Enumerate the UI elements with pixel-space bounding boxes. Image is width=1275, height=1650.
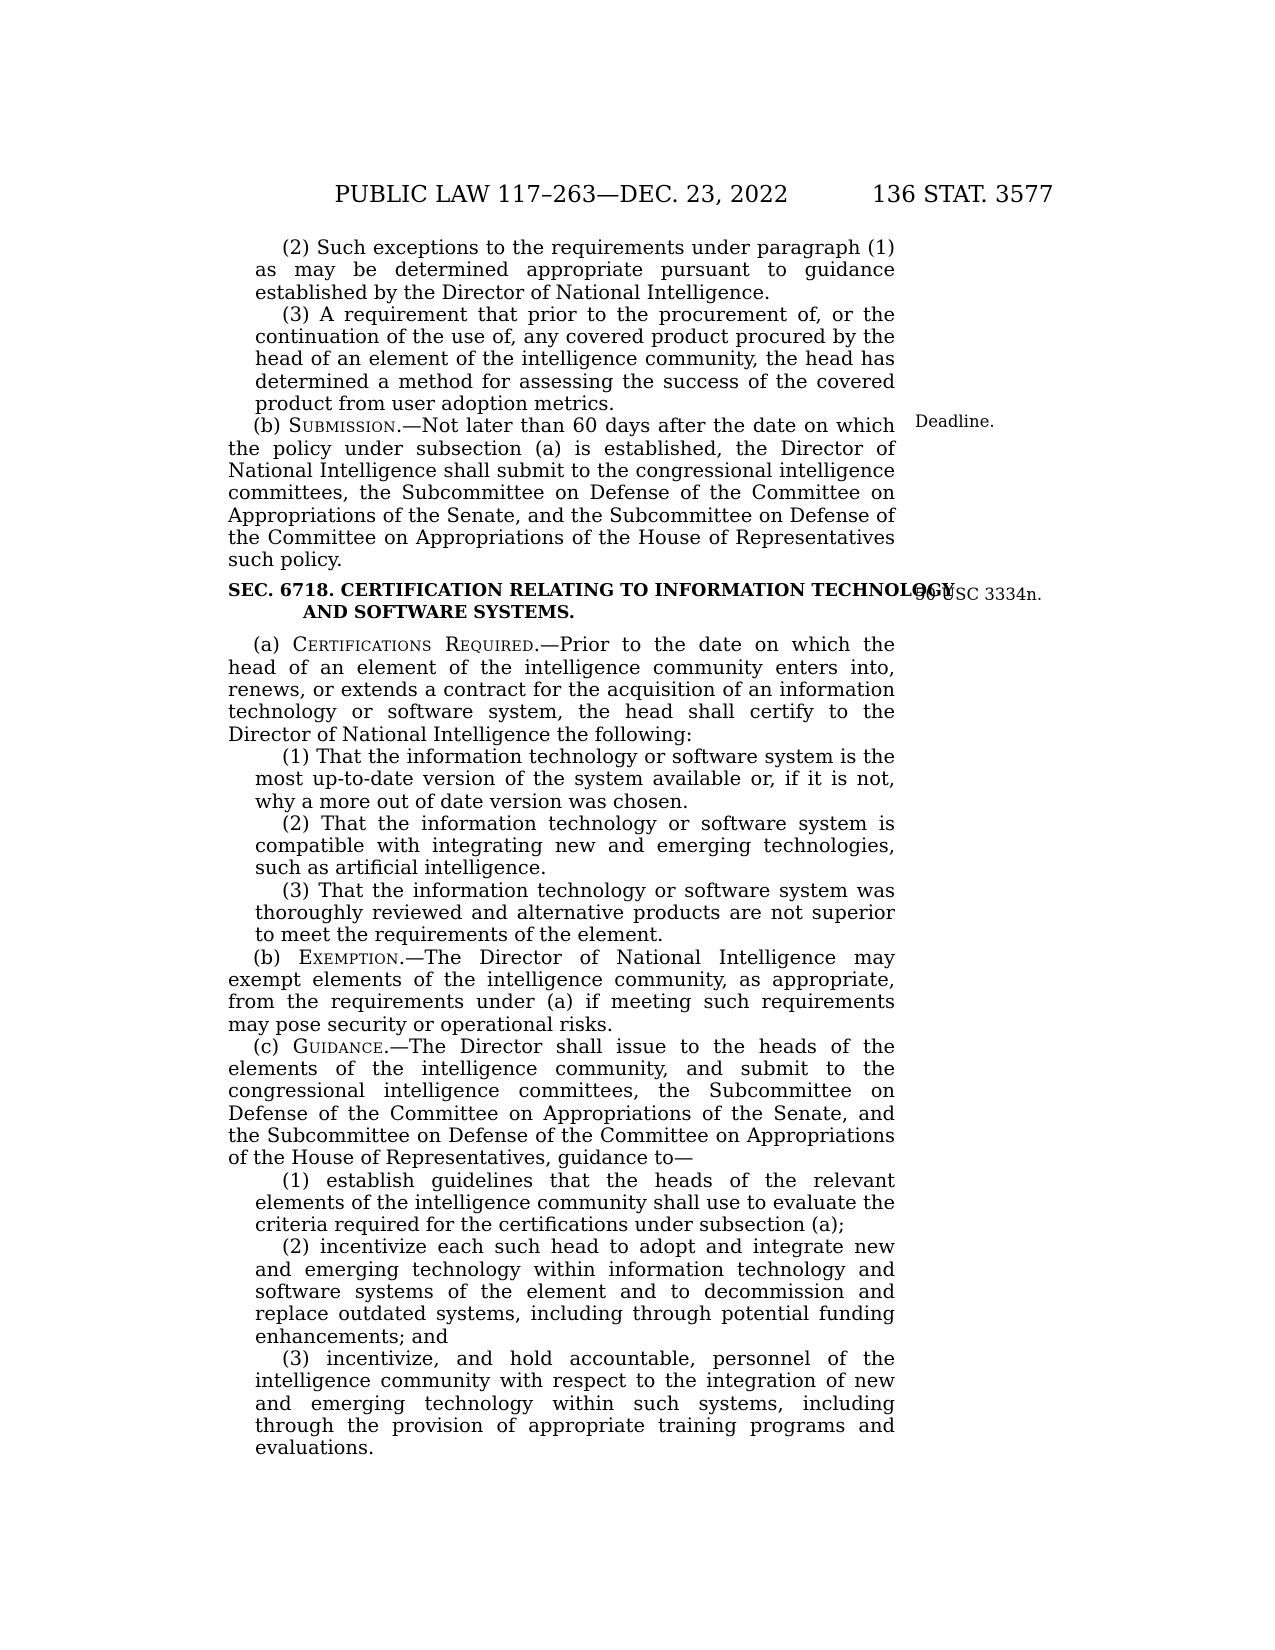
paragraph-text: .—Not later than 60 days after the date … xyxy=(228,414,895,571)
paragraph-text: (3) A requirement that prior to the proc… xyxy=(255,303,895,415)
paragraph-text: (2) That the information technology or s… xyxy=(255,812,895,880)
paragraph-text: (2) Such exceptions to the requirements … xyxy=(255,236,895,304)
paragraph: (1) establish guidelines that the heads … xyxy=(255,1170,895,1237)
paragraph-text: (3) That the information technology or s… xyxy=(255,879,895,947)
paragraph: (2) incentivize each such head to adopt … xyxy=(255,1236,895,1347)
paragraph-text: (1) establish guidelines that the heads … xyxy=(255,1169,895,1237)
paragraph: (b) Exemption.—The Director of National … xyxy=(228,947,895,1036)
paragraph-text: (2) incentivize each such head to adopt … xyxy=(255,1235,895,1347)
paragraph-text: (c) xyxy=(253,1035,293,1058)
paragraph: (a) Certifications Required.—Prior to th… xyxy=(228,634,895,745)
paragraph: (3) A requirement that prior to the proc… xyxy=(255,304,895,415)
paragraph: (2) Such exceptions to the requirements … xyxy=(255,237,895,304)
paragraph-text: (a) xyxy=(253,633,292,656)
header-stat-citation: 136 STAT. 3577 xyxy=(872,182,1034,208)
paragraph: (b) Submission.—Not later than 60 days a… xyxy=(228,415,895,571)
paragraph-smallcaps: Submission xyxy=(288,414,396,437)
paragraph: (1) That the information technology or s… xyxy=(255,746,895,813)
paragraph-text: (3) incentivize, and hold accountable, p… xyxy=(255,1347,895,1459)
paragraph: (c) Guidance.—The Director shall issue t… xyxy=(228,1036,895,1170)
paragraph-text: (b) xyxy=(253,946,298,969)
section-heading-line2: AND SOFTWARE SYSTEMS. xyxy=(303,602,895,624)
paragraph-smallcaps: Guidance xyxy=(293,1035,384,1058)
margin-note-usc-citation: 50 USC 3334n. xyxy=(915,585,1040,604)
margin-note-deadline: Deadline. xyxy=(915,412,1040,431)
paragraph: (2) That the information technology or s… xyxy=(255,813,895,880)
statute-page: PUBLIC LAW 117–263—DEC. 23, 2022 136 STA… xyxy=(0,0,1275,1650)
paragraph-text: (1) That the information technology or s… xyxy=(255,745,895,813)
paragraph-text: (b) xyxy=(253,414,288,437)
paragraph: (3) That the information technology or s… xyxy=(255,880,895,947)
paragraph-smallcaps: Exemption xyxy=(298,946,398,969)
body-text-column: (2) Such exceptions to the requirements … xyxy=(228,237,895,1459)
section-heading-line1: SEC. 6718. CERTIFICATION RELATING TO INF… xyxy=(228,580,895,602)
paragraph-smallcaps: Certifications Required xyxy=(292,633,533,656)
header-law-title: PUBLIC LAW 117–263—DEC. 23, 2022 xyxy=(228,182,895,208)
section-heading: SEC. 6718. CERTIFICATION RELATING TO INF… xyxy=(228,580,895,624)
paragraph: (3) incentivize, and hold accountable, p… xyxy=(255,1348,895,1459)
